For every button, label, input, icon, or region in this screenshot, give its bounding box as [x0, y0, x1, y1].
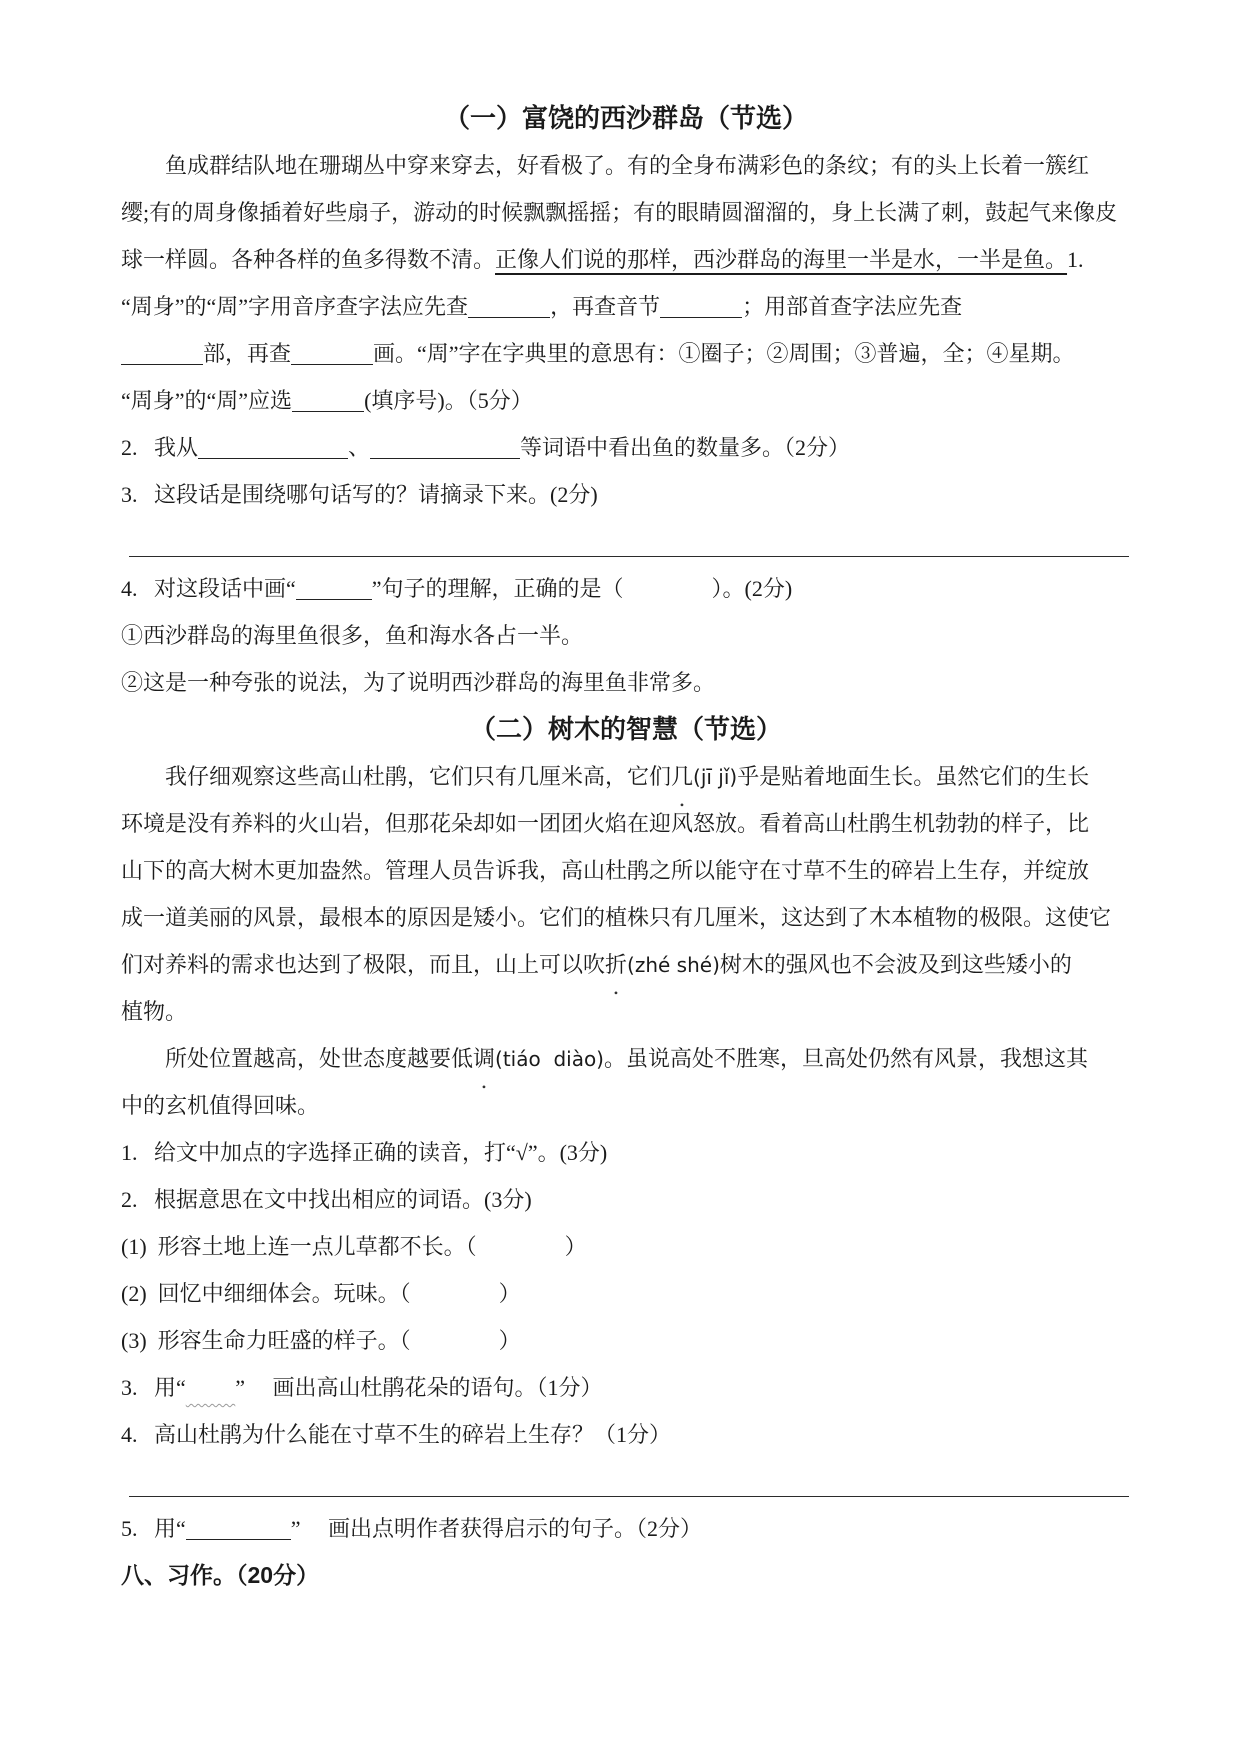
passage1-line1: 鱼成群结队地在珊瑚丛中穿来穿去，好看极了。有的全身布满彩色的条纹；有的头上长着一…: [121, 142, 1131, 189]
segment-u: 正像人们说的那样，西沙群岛的海里一半是水，一半是鱼。: [495, 247, 1067, 272]
text-segment: 缨;有的周身像插着好些扇子，游动的时候飘飘摇摇；有的眼睛圆溜溜的，身上长满了刺，…: [121, 200, 1117, 225]
passage2-line8: 中的玄机值得回味。: [121, 1082, 1131, 1129]
segment-blank: [660, 295, 742, 318]
section2-title: （二）树木的智慧（节选）: [121, 706, 1131, 753]
p2-q2-item1: (1) 形容土地上连一点儿草都不长。（ ）: [121, 1223, 1131, 1270]
passage2-line2: 环境是没有养料的火山岩，但那花朵却如一团团火焰在迎风怒放。看着高山杜鹃生机勃勃的…: [121, 800, 1131, 847]
segment-wavy: [186, 1375, 236, 1400]
text-segment: ”句子的理解，正确的是（ ）。(2分): [372, 576, 792, 601]
segment-emph: 折: [605, 941, 627, 988]
p1-question1-line1: “周身”的“周”字用音序查字法应先查，再查音节；用部首查字法应先查: [121, 283, 1131, 330]
p2-question4: 4. 高山杜鹃为什么能在寸草不生的碎岩上生存？（1分）: [121, 1411, 1131, 1458]
segment-blank: [292, 389, 364, 412]
text-segment: 环境是没有养料的火山岩，但那花朵却如一团团火焰在迎风怒放。看着高山杜鹃生机勃勃的…: [121, 811, 1089, 836]
segment-blank: [468, 295, 550, 318]
passage1-line2: 缨;有的周身像插着好些扇子，游动的时候飘飘摇摇；有的眼睛圆溜溜的，身上长满了刺，…: [121, 189, 1131, 236]
text-segment: 画。“周”字在字典里的意思有：①圈子；②周围；③普遍，全；④星期。: [373, 341, 1075, 366]
passage2-line4: 成一道美丽的风景，最根本的原因是矮小。它们的植株只有几厘米，这达到了木本植物的极…: [121, 894, 1131, 941]
text-segment: 所处位置越高，处世态度越要低: [121, 1046, 473, 1071]
segment-blank: [186, 1517, 291, 1540]
text-segment: 5. 用“: [121, 1516, 186, 1541]
text-segment: 4. 高山杜鹃为什么能在寸草不生的碎岩上生存？（1分）: [121, 1422, 671, 1447]
passage2-line7: 所处位置越高，处世态度越要低调(tiáo diào)。虽说高处不胜寒，旦高处仍然…: [121, 1035, 1131, 1082]
p2-question1: 1. 给文中加点的字选择正确的读音，打“√”。(3分): [121, 1129, 1131, 1176]
segment-py: (tiáo diào): [495, 1047, 604, 1071]
p2-question2: 2. 根据意思在文中找出相应的词语。(3分): [121, 1176, 1131, 1223]
text-segment: 鱼成群结队地在珊瑚丛中穿来穿去，好看极了。有的全身布满彩色的条纹；有的头上长着一…: [121, 153, 1089, 178]
text-segment: 4. 对这段话中画“: [121, 576, 296, 601]
passage2-line1: 我仔细观察这些高山杜鹃，它们只有几厘米高，它们几(jī jǐ)乎是贴着地面生长。…: [121, 753, 1131, 800]
text-segment: (1) 形容土地上连一点儿草都不长。（ ）: [121, 1234, 587, 1259]
text-segment: 中的玄机值得回味。: [121, 1093, 319, 1118]
answer-rule: [129, 1496, 1129, 1497]
p1-question1-line3: “周身”的“周”应选(填序号)。（5分）: [121, 377, 1131, 424]
text-segment: (填序号)。（5分）: [364, 388, 533, 413]
p1-question4: 4. 对这段话中画“”句子的理解，正确的是（ ）。(2分): [121, 565, 1131, 612]
text-segment: 等词语中看出鱼的数量多。（2分）: [520, 435, 850, 460]
p2-question5: 5. 用“” 画出点明作者获得启示的句子。（2分）: [121, 1505, 1131, 1552]
segment-blank: [198, 436, 348, 459]
segment-blank: [121, 342, 203, 365]
text-segment: 成一道美丽的风景，最根本的原因是矮小。它们的植株只有几厘米，这达到了木本植物的极…: [121, 905, 1111, 930]
passage2-line5: 们对养料的需求也达到了极限，而且，山上可以吹折(zhé shé)树木的强风也不会…: [121, 941, 1131, 988]
p1-question3: 3. 这段话是围绕哪句话写的？请摘录下来。(2分): [121, 471, 1131, 518]
section8-heading: 八、习作。（20分）: [121, 1552, 1131, 1599]
text-segment: ①西沙群岛的海里鱼很多，鱼和海水各占一半。: [121, 623, 583, 648]
text-segment: ；用部首查字法应先查: [742, 294, 962, 319]
p2-question3: 3. 用“ ” 画出高山杜鹃花朵的语句。（1分）: [121, 1364, 1131, 1411]
text-segment: 2. 我从: [121, 435, 198, 460]
text-segment: ” 画出点明作者获得启示的句子。（2分）: [291, 1516, 702, 1541]
text-segment: “周身”的“周”字用音序查字法应先查: [121, 294, 468, 319]
document-body: （一）富饶的西沙群岛（节选） 鱼成群结队地在珊瑚丛中穿来穿去，好看极了。有的全身…: [121, 95, 1131, 1599]
answer-line-2: [121, 1458, 1131, 1505]
text-segment: 、: [348, 435, 370, 460]
p1-question2: 2. 我从、等词语中看出鱼的数量多。（2分）: [121, 424, 1131, 471]
text-segment: ，再查音节: [550, 294, 660, 319]
answer-line-1: [121, 518, 1131, 565]
text-segment: 1. 给文中加点的字选择正确的读音，打“√”。(3分): [121, 1140, 607, 1165]
segment-blank: [296, 577, 372, 600]
p1-question1-line2: 部，再查画。“周”字在字典里的意思有：①圈子；②周围；③普遍，全；④星期。: [121, 330, 1131, 377]
text-segment: 我仔细观察这些高山杜鹃，它们只有几厘米高，它们: [121, 764, 671, 789]
answer-rule: [129, 556, 1129, 557]
text-segment: 山下的高大树木更加盎然。管理人员告诉我，高山杜鹃之所以能守在寸草不生的碎岩上生存…: [121, 858, 1089, 883]
p1-q4-option1: ①西沙群岛的海里鱼很多，鱼和海水各占一半。: [121, 612, 1131, 659]
segment-blank: [370, 436, 520, 459]
segment-py: (zhé shé): [627, 953, 720, 977]
p2-q2-item3: (3) 形容生命力旺盛的样子。（ ）: [121, 1317, 1131, 1364]
text-segment: 1.: [1067, 247, 1084, 272]
text-segment: 3. 用“: [121, 1375, 186, 1400]
text-segment: 植物。: [121, 999, 187, 1024]
segment-emph: 几: [671, 753, 693, 800]
text-segment: “周身”的“周”应选: [121, 388, 292, 413]
text-segment: 部，再查: [203, 341, 291, 366]
text-segment: 3. 这段话是围绕哪句话写的？请摘录下来。(2分): [121, 482, 598, 507]
text-segment: 们对养料的需求也达到了极限，而且，山上可以吹: [121, 952, 605, 977]
text-segment: 球一样圆。各种各样的鱼多得数不清。: [121, 247, 495, 272]
segment-blank: [291, 342, 373, 365]
p2-q2-item2: (2) 回忆中细细体会。玩味。（ ）: [121, 1270, 1131, 1317]
text-segment: 2. 根据意思在文中找出相应的词语。(3分): [121, 1187, 532, 1212]
text-segment: 树木的强风也不会波及到这些矮小的: [720, 952, 1072, 977]
exam-page: （一）富饶的西沙群岛（节选） 鱼成群结队地在珊瑚丛中穿来穿去，好看极了。有的全身…: [0, 0, 1241, 1754]
passage1-line3: 球一样圆。各种各样的鱼多得数不清。正像人们说的那样，西沙群岛的海里一半是水，一半…: [121, 236, 1131, 283]
text-segment: 。虽说高处不胜寒，旦高处仍然有风景，我想这其: [604, 1046, 1088, 1071]
text-segment: 八、习作。（20分）: [121, 1562, 319, 1588]
text-segment: （二）树木的智慧（节选）: [470, 714, 782, 744]
text-segment: 乎是贴着地面生长。虽然它们的生长: [737, 764, 1089, 789]
passage2-line6: 植物。: [121, 988, 1131, 1035]
section1-title: （一）富饶的西沙群岛（节选）: [121, 95, 1131, 142]
text-segment: （一）富饶的西沙群岛（节选）: [444, 103, 808, 133]
text-segment: (3) 形容生命力旺盛的样子。（ ）: [121, 1328, 521, 1353]
text-segment: (2) 回忆中细细体会。玩味。（ ）: [121, 1281, 521, 1306]
segment-emph: 调: [473, 1035, 495, 1082]
text-segment: ” 画出高山杜鹃花朵的语句。（1分）: [235, 1375, 602, 1400]
p1-q4-option2: ②这是一种夸张的说法，为了说明西沙群岛的海里鱼非常多。: [121, 659, 1131, 706]
text-segment: ②这是一种夸张的说法，为了说明西沙群岛的海里鱼非常多。: [121, 670, 715, 695]
passage2-line3: 山下的高大树木更加盎然。管理人员告诉我，高山杜鹃之所以能守在寸草不生的碎岩上生存…: [121, 847, 1131, 894]
segment-py: (jī jǐ): [693, 765, 737, 789]
